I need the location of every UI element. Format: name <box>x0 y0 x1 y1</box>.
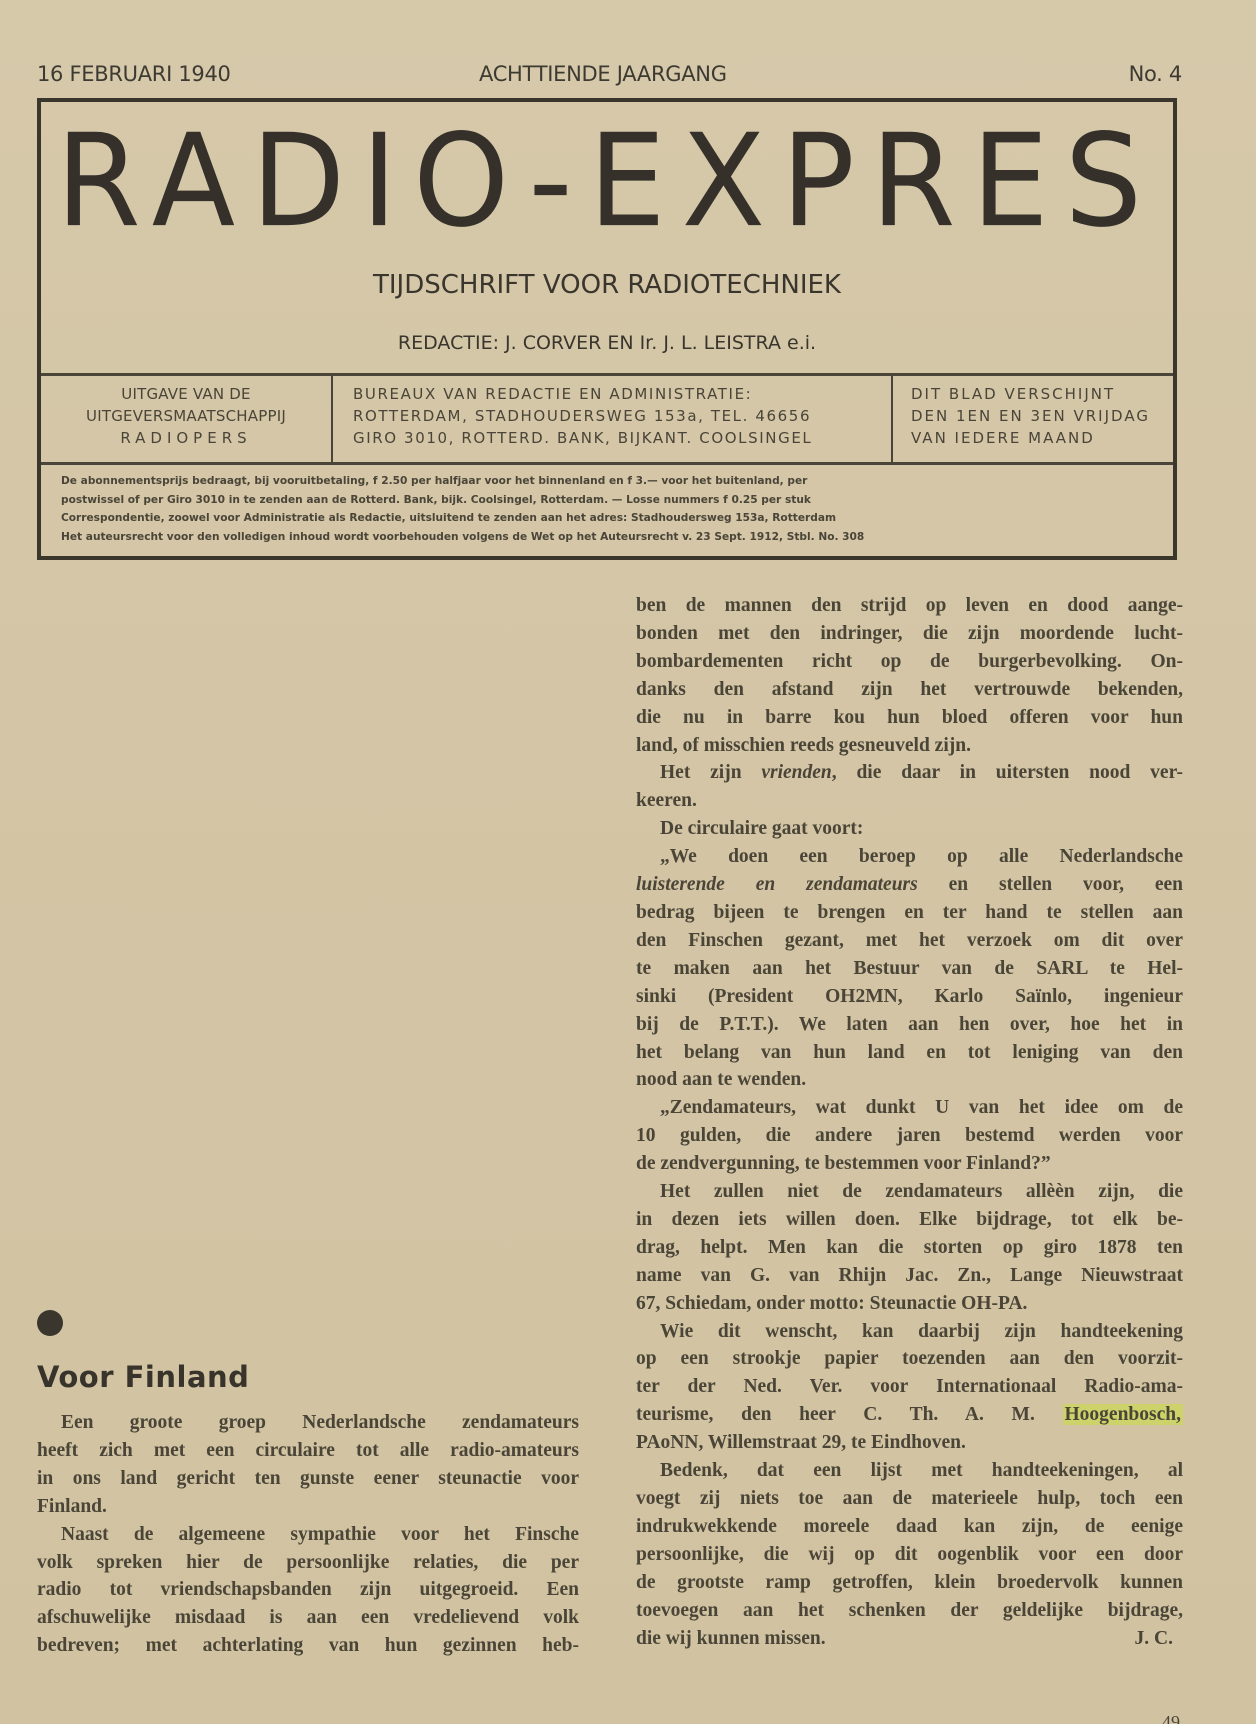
offices-info: BUREAUX VAN REDACTIE EN ADMINISTRATIE: R… <box>333 376 893 462</box>
text-line: in dezen iets willen doen. Elke bijdrage… <box>636 1206 1183 1234</box>
paragraph: Een groote groep Nederlandsche zendamate… <box>37 1409 579 1521</box>
editors-line: REDACTIE: J. CORVER EN Ir. J. L. LEISTRA… <box>41 332 1173 354</box>
text-line: nood aan te wenden. <box>636 1066 1183 1094</box>
masthead-box: RADIO-EXPRES TIJDSCHRIFT VOOR RADIOTECHN… <box>37 98 1177 560</box>
text-line: „We doen een beroep op alle Nederlandsch… <box>636 843 1183 871</box>
text-line: toevoegen aan het schenken der geldelijk… <box>636 1597 1183 1625</box>
paragraph: Het zijn vrienden, die daar in uitersten… <box>636 759 1183 815</box>
text-line: „Zendamateurs, wat dunkt U van het idee … <box>636 1094 1183 1122</box>
schedule-info: DIT BLAD VERSCHIJNT DEN 1EN EN 3EN VRIJD… <box>893 376 1173 462</box>
fineprint-line: postwissel of per Giro 3010 in te zenden… <box>61 491 1159 510</box>
emphasized-word: vrienden <box>761 762 831 783</box>
text-line: radio tot vriendschapsbanden zijn uitgeg… <box>37 1576 579 1604</box>
issue-date: 16 FEBRUARI 1940 <box>37 62 231 86</box>
text-line: PAoNN, Willemstraat 29, te Eindhoven. <box>636 1429 1183 1457</box>
text-line: die wij kunnen missen. <box>636 1625 826 1653</box>
text-line: bedrag bijeen te brengen en ter hand te … <box>636 899 1183 927</box>
schedule-line-2: DEN 1EN EN 3EN VRIJDAG <box>911 405 1173 427</box>
masthead-info-row: UITGAVE VAN DE UITGEVERSMAATSCHAPPIJ RAD… <box>41 373 1173 465</box>
publisher-line-1: UITGAVE VAN DE <box>41 383 331 405</box>
text-line: name van G. van Rhijn Jac. Zn., Lange Ni… <box>636 1262 1183 1290</box>
text-line: 10 gulden, die andere jaren bestemd werd… <box>636 1122 1183 1150</box>
text-line: drag, helpt. Men kan die storten op giro… <box>636 1234 1183 1262</box>
text-line: voegt zij niets toe aan de materieele hu… <box>636 1485 1183 1513</box>
text-line: den Finschen gezant, met het verzoek om … <box>636 927 1183 955</box>
text-line: die nu in barre kou hun bloed offeren vo… <box>636 704 1183 732</box>
text-line: te maken aan het Bestuur van de SARL te … <box>636 955 1183 983</box>
emphasized-phrase: luisterende en zendamateurs <box>636 874 918 895</box>
text-line: danks den afstand zijn het vertrouwde be… <box>636 676 1183 704</box>
text-line: het belang van hun land en tot leniging … <box>636 1039 1183 1067</box>
volume-label: ACHTTIENDE JAARGANG <box>479 62 727 86</box>
text-line: Finland. <box>37 1493 579 1521</box>
text-line: volk spreken hier de persoonlijke relati… <box>37 1549 579 1577</box>
highlighted-name: Hoogenbosch, <box>1063 1404 1183 1425</box>
paragraph: ben de mannen den strijd op leven en doo… <box>636 592 1183 759</box>
magazine-page: 16 FEBRUARI 1940 ACHTTIENDE JAARGANG No.… <box>0 0 1256 1724</box>
schedule-line-1: DIT BLAD VERSCHIJNT <box>911 383 1173 405</box>
text-line: teurisme, den heer C. Th. A. M. Hoogenbo… <box>636 1401 1183 1429</box>
article-right-column: ben de mannen den strijd op leven en doo… <box>636 592 1183 1652</box>
bullet-dot-icon <box>37 1310 63 1336</box>
paragraph: Het zullen niet de zendamateurs allèèn z… <box>636 1178 1183 1318</box>
text-line: bij de P.T.T.). We laten aan hen over, h… <box>636 1011 1183 1039</box>
text-line: heeft zich met een circulaire tot alle r… <box>37 1437 579 1465</box>
paragraph: „Zendamateurs, wat dunkt U van het idee … <box>636 1094 1183 1178</box>
offices-line-3: GIRO 3010, ROTTERD. BANK, BIJKANT. COOLS… <box>353 427 891 449</box>
text-line: ter der Ned. Ver. voor Internationaal Ra… <box>636 1373 1183 1401</box>
text-line: luisterende en zendamateurs en stellen v… <box>636 871 1183 899</box>
author-signature: J. C. <box>1135 1625 1183 1653</box>
text-fragment: en stellen voor, een <box>918 874 1183 895</box>
fineprint-line: Correspondentie, zoowel voor Administrat… <box>61 509 1159 528</box>
subscription-fineprint: De abonnementsprijs bedraagt, bij voorui… <box>61 472 1159 546</box>
fineprint-line: De abonnementsprijs bedraagt, bij voorui… <box>61 472 1159 491</box>
magazine-subtitle: TIJDSCHRIFT VOOR RADIOTECHNIEK <box>41 270 1173 300</box>
closing-line: die wij kunnen missen. J. C. <box>636 1625 1183 1653</box>
text-line: afschuwelijke misdaad is aan een vredeli… <box>37 1604 579 1632</box>
issue-number: No. 4 <box>1129 62 1182 86</box>
text-line: de grootste ramp getroffen, klein broede… <box>636 1569 1183 1597</box>
publisher-line-3: RADIOPERS <box>41 427 331 449</box>
text-line: Wie dit wenscht, kan daarbij zijn handte… <box>636 1318 1183 1346</box>
text-line: Naast de algemeene sympathie voor het Fi… <box>37 1521 579 1549</box>
offices-line-1: BUREAUX VAN REDACTIE EN ADMINISTRATIE: <box>353 383 891 405</box>
page-number: 49 <box>1162 1712 1188 1724</box>
text-line: 67, Schiedam, onder motto: Steunactie OH… <box>636 1290 1183 1318</box>
paragraph: Bedenk, dat een lijst met handteekeninge… <box>636 1457 1183 1652</box>
text-line: op een strookje papier toezenden aan den… <box>636 1345 1183 1373</box>
paragraph: De circulaire gaat voort: <box>636 815 1183 843</box>
text-line: bombardementen richt op de burgerbevolki… <box>636 648 1183 676</box>
paragraph: „We doen een beroep op alle Nederlandsch… <box>636 843 1183 1094</box>
text-line: ben de mannen den strijd op leven en doo… <box>636 592 1183 620</box>
text-line: bedreven; met achterlating van hun gezin… <box>37 1632 579 1660</box>
text-fragment: , die daar in uitersten nood ver- <box>832 762 1183 783</box>
paragraph: Naast de algemeene sympathie voor het Fi… <box>37 1521 579 1661</box>
text-line: persoonlijke, die wij op dit oogenblik v… <box>636 1541 1183 1569</box>
paragraph: Wie dit wenscht, kan daarbij zijn handte… <box>636 1318 1183 1458</box>
offices-line-2: ROTTERDAM, STADHOUDERSWEG 153a, TEL. 466… <box>353 405 891 427</box>
text-line: indrukwekkende moreele daad kan zijn, de… <box>636 1513 1183 1541</box>
magazine-title: RADIO-EXPRES <box>41 113 1173 250</box>
text-fragment: teurisme, den heer C. Th. A. M. <box>636 1404 1063 1425</box>
publisher-line-2: UITGEVERSMAATSCHAPPIJ <box>41 405 331 427</box>
article-left-column: Een groote groep Nederlandsche zendamate… <box>37 1409 579 1660</box>
text-line: Bedenk, dat een lijst met handteekeninge… <box>636 1457 1183 1485</box>
text-line: in ons land gericht ten gunste eener ste… <box>37 1465 579 1493</box>
text-line: keeren. <box>636 787 1183 815</box>
text-fragment: Het zijn <box>660 762 761 783</box>
text-line: Het zijn vrienden, die daar in uitersten… <box>636 759 1183 787</box>
text-line: de zendvergunning, te bestemmen voor Fin… <box>636 1150 1183 1178</box>
text-line: bonden met den indringer, die zijn moord… <box>636 620 1183 648</box>
schedule-line-3: VAN IEDERE MAAND <box>911 427 1173 449</box>
issue-header-line: 16 FEBRUARI 1940 ACHTTIENDE JAARGANG No.… <box>37 62 1182 92</box>
text-line: Een groote groep Nederlandsche zendamate… <box>37 1409 579 1437</box>
article-title: Voor Finland <box>37 1360 249 1394</box>
publisher-info: UITGAVE VAN DE UITGEVERSMAATSCHAPPIJ RAD… <box>41 376 333 462</box>
text-line: sinki (President OH2MN, Karlo Saïnlo, in… <box>636 983 1183 1011</box>
text-line: De circulaire gaat voort: <box>636 815 1183 843</box>
text-line: land, of misschien reeds gesneuveld zijn… <box>636 732 1183 760</box>
fineprint-line: Het auteursrecht voor den volledigen inh… <box>61 528 1159 547</box>
text-line: Het zullen niet de zendamateurs allèèn z… <box>636 1178 1183 1206</box>
